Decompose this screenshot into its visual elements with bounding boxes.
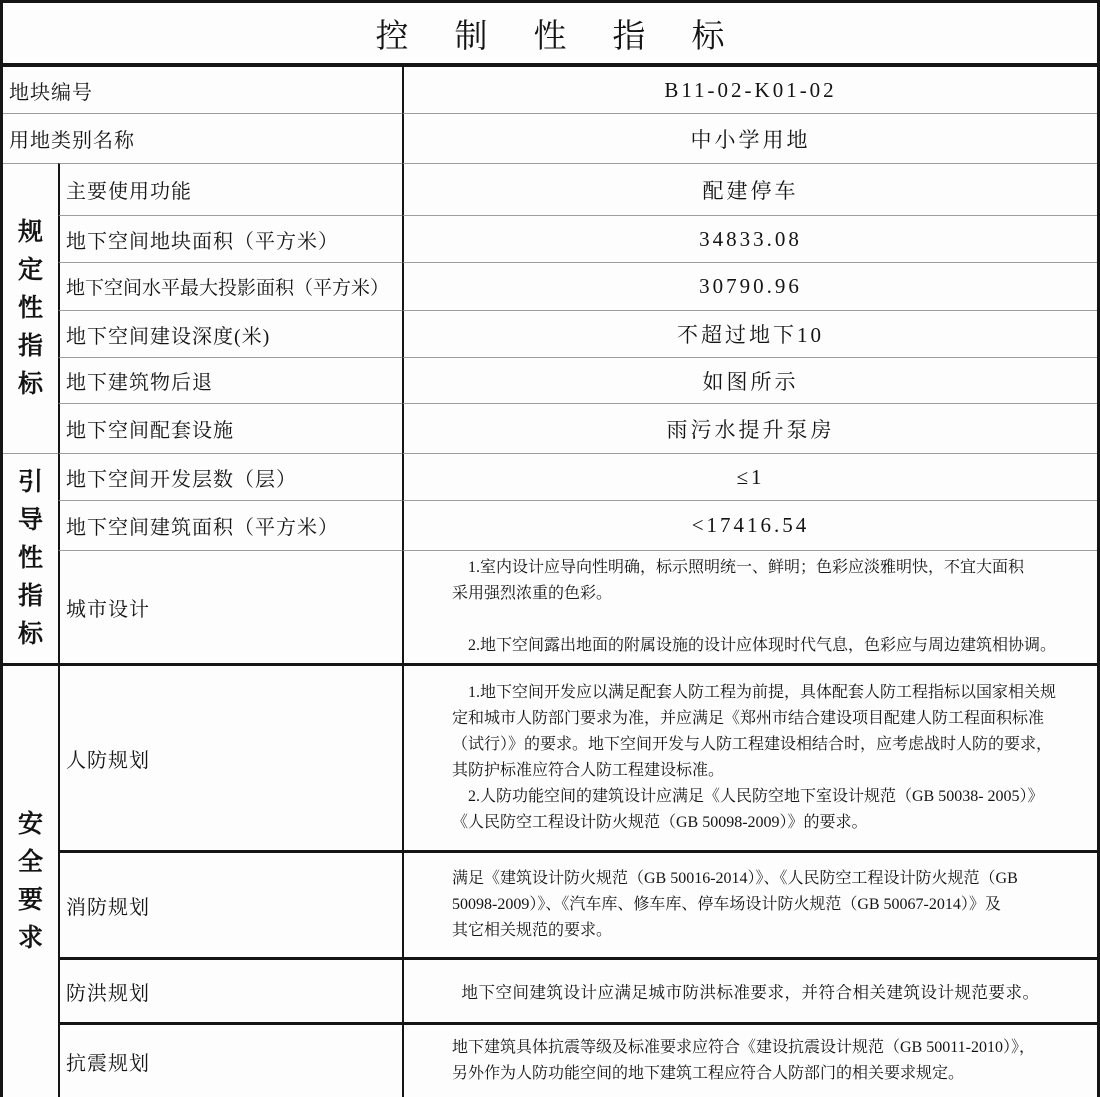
group-label-regulatory: 规定性指标 bbox=[3, 163, 58, 453]
row-value: 满足《建筑设计防火规范（GB 50016-2014）》、《人民防空工程设计防火规… bbox=[402, 850, 1097, 957]
control-indicators-table: 控制性指标 地块编号 B11-02-K01-02 用地类别名称 中小学用地 规定… bbox=[0, 0, 1100, 1097]
row-label: 消防规划 bbox=[58, 850, 402, 957]
row-label: 地下空间开发层数（层） bbox=[58, 453, 402, 500]
group-label-safety: 安全要求 bbox=[3, 663, 58, 1097]
civil-defense-text: 1.地下空间开发应以满足配套人防工程为前提，具体配套人防工程指标以国家相关规 定… bbox=[452, 680, 1056, 836]
row-label: 人防规划 bbox=[58, 663, 402, 850]
row-value: <17416.54 bbox=[402, 500, 1097, 550]
row-label: 地下空间建设深度(米) bbox=[58, 310, 402, 357]
row-value: 配建停车 bbox=[402, 163, 1097, 215]
row-value: 30790.96 bbox=[402, 262, 1097, 310]
row-label: 地块编号 bbox=[3, 67, 402, 113]
row-label: 地下空间配套设施 bbox=[58, 403, 402, 453]
row-label: 地下空间建筑面积（平方米） bbox=[58, 500, 402, 550]
page-title: 控制性指标 bbox=[3, 3, 1097, 67]
group-label-text: 规定性指标 bbox=[17, 214, 44, 404]
row-value: 如图所示 bbox=[402, 357, 1097, 403]
row-label: 地下建筑物后退 bbox=[58, 357, 402, 403]
row-value: 1.地下空间开发应以满足配套人防工程为前提，具体配套人防工程指标以国家相关规 定… bbox=[402, 663, 1097, 850]
row-value: ≤1 bbox=[402, 453, 1097, 500]
group-label-text: 安全要求 bbox=[17, 806, 44, 958]
seismic-text: 地下建筑具体抗震等级及标准要求应符合《建设抗震设计规范（GB 50011-201… bbox=[452, 1035, 1035, 1087]
fire-protection-text: 满足《建筑设计防火规范（GB 50016-2014）》、《人民防空工程设计防火规… bbox=[452, 866, 1018, 944]
row-label: 抗震规划 bbox=[58, 1022, 402, 1097]
group-label-text: 引导性指标 bbox=[17, 464, 44, 654]
group-label-guiding: 引导性指标 bbox=[3, 453, 58, 663]
row-value: 雨污水提升泵房 bbox=[402, 403, 1097, 453]
row-label: 地下空间地块面积（平方米） bbox=[58, 215, 402, 262]
urban-design-text: 1.室内设计应导向性明确，标示照明统一、鲜明；色彩应淡雅明快，不宜大面积 采用强… bbox=[452, 555, 1056, 659]
row-label: 城市设计 bbox=[58, 550, 402, 663]
row-value: B11-02-K01-02 bbox=[402, 67, 1097, 113]
row-label: 防洪规划 bbox=[58, 957, 402, 1022]
row-value: 1.室内设计应导向性明确，标示照明统一、鲜明；色彩应淡雅明快，不宜大面积 采用强… bbox=[402, 550, 1097, 663]
row-value: 不超过地下10 bbox=[402, 310, 1097, 357]
row-label: 地下空间水平最大投影面积（平方米） bbox=[58, 262, 402, 310]
row-value: 34833.08 bbox=[402, 215, 1097, 262]
row-value: 地下空间建筑设计应满足城市防洪标准要求，并符合相关建筑设计规范要求。 bbox=[402, 957, 1097, 1022]
row-label: 用地类别名称 bbox=[3, 113, 402, 163]
row-value: 地下建筑具体抗震等级及标准要求应符合《建设抗震设计规范（GB 50011-201… bbox=[402, 1022, 1097, 1097]
row-value: 中小学用地 bbox=[402, 113, 1097, 163]
row-label: 主要使用功能 bbox=[58, 163, 402, 215]
